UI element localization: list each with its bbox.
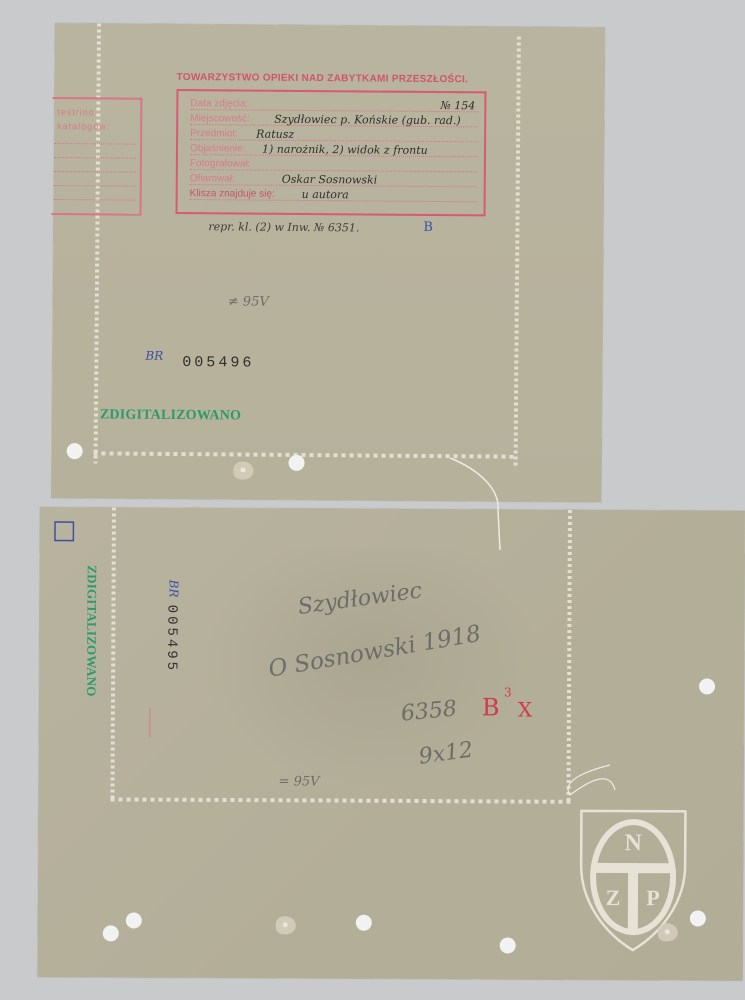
catalogue-stamp-line2: katalogów: — [57, 121, 110, 131]
damage-spot — [658, 923, 678, 941]
stamp-number: № 154 — [440, 99, 475, 112]
pencil-mark: ≠ 95V — [228, 294, 269, 309]
checkbox-mark: □ — [52, 517, 77, 543]
stamp-field-donor: Ofiarował: Oskar Sosnowski — [190, 172, 478, 187]
photo-card-back-bottom: □ ZDIGITALIZOWANO BR 005495 Szydłowiec O… — [38, 507, 745, 981]
stamp-field-negative: Klisza znajduje się: u autora — [190, 187, 478, 202]
loose-thread — [440, 450, 620, 810]
punch-hole — [126, 912, 142, 928]
pencil-mark: = 95V — [279, 774, 320, 789]
svg-text:N: N — [625, 830, 643, 856]
svg-text:P: P — [646, 885, 660, 910]
punch-hole — [500, 937, 516, 953]
catalogue-stamp: testrino katalogów: — [51, 97, 142, 216]
punch-hole — [288, 455, 304, 471]
stitch-line — [110, 507, 116, 799]
reproduction-note: repr. kl. (2) w Inw. № 6351. — [208, 220, 359, 234]
damage-spot — [233, 461, 253, 479]
stamp-field-photographer: Fotografował: — [190, 157, 478, 172]
svg-text:Z: Z — [606, 885, 621, 910]
catalogue-stamp-line1: testrino — [57, 107, 95, 117]
stamp-field-subject: Przedmiot: Ratusz — [190, 127, 478, 142]
society-stamp: Data zdjęcia: № 154 Miejscowość: Szydłow… — [176, 89, 487, 216]
digitized-stamp: ZDIGITALIZOWANO — [83, 565, 100, 696]
photo-card-back-top: testrino katalogów: TOWARZYSTWO OPIEKI N… — [51, 23, 605, 502]
stamp-field-place: Miejscowość: Szydłowiec p. Końskie (gub.… — [190, 112, 478, 127]
stamp-field-description: Objaśnienie: 1) narożnik, 2) widok z fro… — [190, 142, 478, 157]
society-stamp-title: TOWARZYSTWO OPIEKI NAD ZABYTKAMI PRZESZŁ… — [177, 72, 469, 85]
inventory-number: 005496 — [182, 354, 254, 372]
damage-spot — [276, 916, 296, 934]
punch-hole — [103, 925, 119, 941]
inventory-prefix: BR — [167, 580, 181, 598]
stitch-line — [514, 37, 521, 467]
punch-hole — [690, 910, 706, 926]
punch-hole — [699, 678, 715, 694]
stitch-line — [94, 23, 101, 463]
stamp-field-date: Data zdjęcia: № 154 — [190, 97, 478, 112]
punch-hole — [356, 915, 372, 931]
inventory-prefix: BR — [145, 349, 163, 363]
red-mark — [149, 708, 151, 738]
punch-hole — [67, 443, 83, 459]
reproduction-mark: B — [423, 220, 433, 235]
digitized-stamp: ZDIGITALIZOWANO — [100, 407, 241, 424]
inventory-number: 005495 — [163, 605, 179, 674]
